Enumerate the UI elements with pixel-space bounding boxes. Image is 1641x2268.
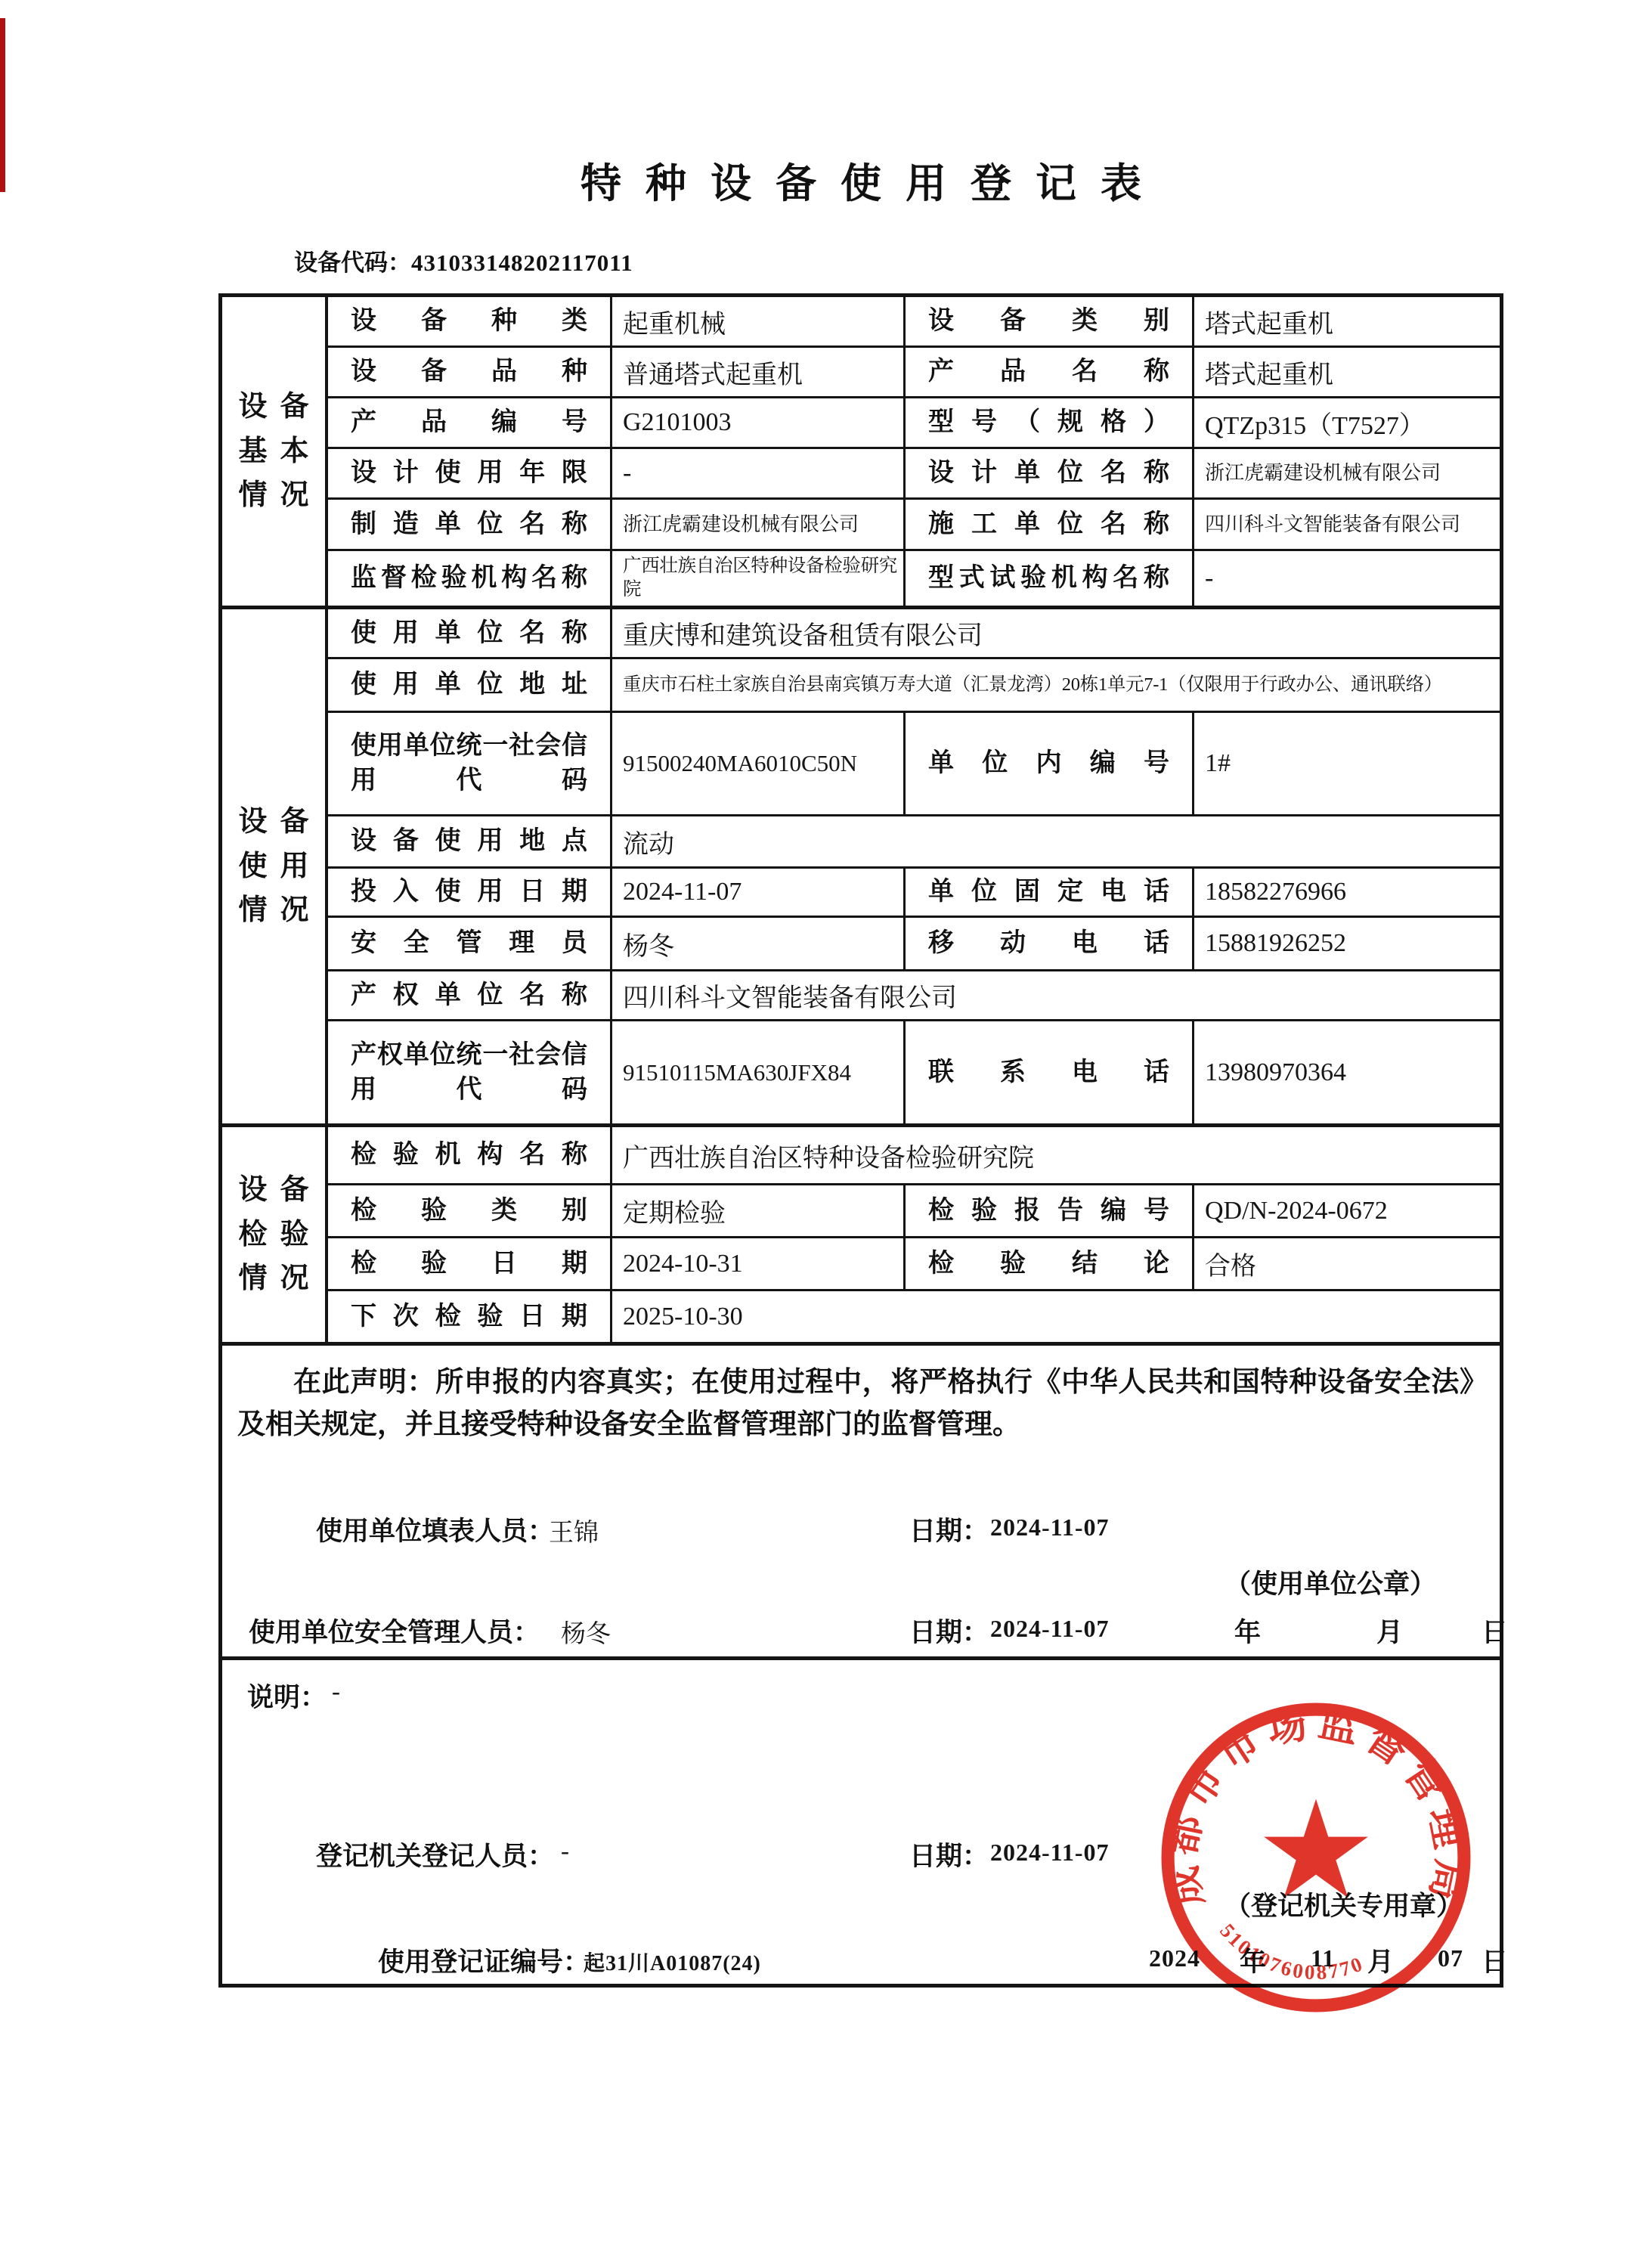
day-char: 日 bbox=[1482, 1941, 1508, 1979]
field-value: 1# bbox=[1194, 713, 1500, 814]
field-value: 91510115MA630JFX84 bbox=[612, 1021, 906, 1123]
field-value: 塔式起重机 bbox=[1194, 348, 1500, 396]
field-label: 产权单位名称 bbox=[328, 978, 610, 1013]
section-basic-info: 设备 基本 情况 设备种类 起重机械 设备类别 塔式起重机 设备品种 普通塔式起… bbox=[222, 297, 1500, 609]
table-row: 制造单位名称 浙江虎霸建设机械有限公司 施工单位名称 四川科斗文智能装备有限公司 bbox=[328, 500, 1500, 551]
official-red-stamp: 成都市市场监督管理局 5101076008770 bbox=[1156, 1698, 1475, 2017]
field-label: 产权单位统一社会信用代码 bbox=[328, 1038, 610, 1108]
field-label: 施工单位名称 bbox=[906, 507, 1192, 542]
month-char: 月 bbox=[1376, 1612, 1403, 1650]
section-basic-header: 设备 基本 情况 bbox=[222, 297, 328, 606]
registrar-name: - bbox=[561, 1838, 569, 1866]
field-label: 使用单位名称 bbox=[328, 616, 610, 651]
field-value: 重庆市石柱土家族自治县南宾镇万寿大道（汇景龙湾）20栋1单元7-1（仅限用于行政… bbox=[612, 659, 1500, 711]
table-row: 产权单位统一社会信用代码 91510115MA630JFX84 联系电话 139… bbox=[328, 1021, 1500, 1123]
table-row: 监督检验机构名称 广西壮族自治区特种设备检验研究院 型式试验机构名称 - bbox=[328, 551, 1500, 606]
field-label: 使用单位地址 bbox=[328, 668, 610, 702]
table-row: 检验日期 2024-10-31 检验结论 合格 bbox=[328, 1238, 1500, 1291]
field-value: 四川科斗文智能装备有限公司 bbox=[612, 971, 1500, 1019]
table-row: 检验机构名称 广西壮族自治区特种设备检验研究院 bbox=[328, 1127, 1500, 1185]
field-value: 15881926252 bbox=[1194, 918, 1500, 969]
field-value: 四川科斗文智能装备有限公司 bbox=[1194, 500, 1500, 549]
field-value: - bbox=[612, 449, 906, 497]
safety-date-value: 2024-11-07 bbox=[990, 1615, 1110, 1643]
filler-signature-line: 使用单位填表人员： 王锦 日期： 2024-11-07 bbox=[222, 1510, 1500, 1545]
table-row: 使用单位名称 重庆博和建筑设备租赁有限公司 bbox=[328, 609, 1500, 659]
field-label: 使用单位统一社会信用代码 bbox=[328, 729, 610, 798]
field-label: 设备使用地点 bbox=[328, 824, 610, 859]
field-label: 投入使用日期 bbox=[328, 875, 610, 909]
table-row: 投入使用日期 2024-11-07 单位固定电话 18582276966 bbox=[328, 869, 1500, 918]
field-value: QTZp315（T7527） bbox=[1194, 398, 1500, 447]
field-label: 单位固定电话 bbox=[906, 875, 1192, 909]
field-label: 检验报告编号 bbox=[906, 1194, 1192, 1228]
field-label: 安全管理员 bbox=[328, 926, 610, 961]
field-value: 塔式起重机 bbox=[1194, 297, 1500, 345]
table-row: 设备使用地点 流动 bbox=[328, 816, 1500, 869]
company-seal-note: （使用单位公章） bbox=[1225, 1563, 1436, 1601]
filler-name: 王锦 bbox=[549, 1513, 599, 1548]
field-value: 浙江虎霸建设机械有限公司 bbox=[1194, 449, 1500, 497]
registration-form-page: 特种设备使用登记表 设备代码：431033148202117011 设备 基本 … bbox=[0, 0, 1641, 2268]
field-label: 设计单位名称 bbox=[906, 456, 1192, 491]
field-value: 重庆博和建筑设备租赁有限公司 bbox=[612, 609, 1500, 657]
safety-signature-line: 使用单位安全管理人员： 杨冬 日期： 2024-11-07 年 月 日 bbox=[222, 1612, 1500, 1647]
field-label: 移动电话 bbox=[906, 926, 1192, 961]
safety-date-label: 日期： bbox=[909, 1612, 989, 1650]
note-value: - bbox=[332, 1678, 340, 1706]
field-value: QD/N-2024-0672 bbox=[1194, 1185, 1500, 1236]
field-value: 2024-11-07 bbox=[612, 869, 906, 916]
declaration-block: 在此声明：所申报的内容真实；在使用过程中，将严格执行《中华人民共和国特种设备安全… bbox=[222, 1346, 1500, 1660]
registrar-date-label: 日期： bbox=[909, 1836, 989, 1873]
field-value: 广西壮族自治区特种设备检验研究院 bbox=[612, 1127, 1500, 1183]
table-row: 下次检验日期 2025-10-30 bbox=[328, 1291, 1500, 1342]
filler-date-label: 日期： bbox=[909, 1510, 989, 1548]
field-value: - bbox=[1194, 551, 1500, 606]
field-value: 广西壮族自治区特种设备检验研究院 bbox=[612, 551, 906, 606]
field-value: 浙江虎霸建设机械有限公司 bbox=[612, 500, 906, 549]
table-row: 安全管理员 杨冬 移动电话 15881926252 bbox=[328, 918, 1500, 971]
certificate-number: 起31川A01087(24) bbox=[584, 1947, 761, 1977]
stamp-code: 5101076008770 bbox=[1215, 1919, 1367, 1984]
registrar-date-value: 2024-11-07 bbox=[990, 1839, 1110, 1867]
safety-name: 杨冬 bbox=[561, 1614, 611, 1650]
device-code-line: 设备代码：431033148202117011 bbox=[294, 243, 633, 277]
filler-label: 使用单位填表人员： bbox=[316, 1510, 554, 1548]
device-code-value: 431033148202117011 bbox=[411, 249, 633, 276]
field-value: 18582276966 bbox=[1194, 869, 1500, 916]
field-label: 设备品种 bbox=[328, 355, 610, 389]
page-title: 特种设备使用登记表 bbox=[218, 151, 1503, 209]
certificate-label: 使用登记证编号： bbox=[378, 1941, 590, 1979]
svg-text:5101076008770: 5101076008770 bbox=[1215, 1919, 1367, 1984]
section-usage-header: 设备 使用 情况 bbox=[222, 609, 328, 1123]
table-row: 使用单位地址 重庆市石柱土家族自治县南宾镇万寿大道（汇景龙湾）20栋1单元7-1… bbox=[328, 659, 1500, 713]
table-row: 使用单位统一社会信用代码 91500240MA6010C50N 单位内编号 1# bbox=[328, 713, 1500, 816]
field-label: 设计使用年限 bbox=[328, 456, 610, 491]
field-value: G2101003 bbox=[612, 398, 906, 447]
field-label: 型号（规格） bbox=[906, 405, 1192, 440]
field-label: 单位内编号 bbox=[906, 746, 1192, 781]
field-label: 产品编号 bbox=[328, 405, 610, 440]
field-value: 起重机械 bbox=[612, 297, 906, 345]
field-label: 监督检验机构名称 bbox=[328, 561, 610, 596]
table-row: 设备种类 起重机械 设备类别 塔式起重机 bbox=[328, 297, 1500, 348]
field-value: 普通塔式起重机 bbox=[612, 348, 906, 396]
company-seal-note-line: （使用单位公章） bbox=[222, 1563, 1500, 1598]
field-label: 检验日期 bbox=[328, 1247, 610, 1281]
section-inspection-info: 设备 检验 情况 检验机构名称 广西壮族自治区特种设备检验研究院 检验类别 定期… bbox=[222, 1127, 1500, 1346]
field-value: 91500240MA6010C50N bbox=[612, 713, 906, 814]
field-value: 2024-10-31 bbox=[612, 1238, 906, 1289]
field-label: 检验机构名称 bbox=[328, 1138, 610, 1173]
table-row: 产品编号 G2101003 型号（规格） QTZp315（T7527） bbox=[328, 398, 1500, 449]
field-value: 合格 bbox=[1194, 1238, 1500, 1289]
registrar-label: 登记机关登记人员： bbox=[316, 1836, 554, 1873]
field-label: 检验结论 bbox=[906, 1247, 1192, 1281]
field-value: 13980970364 bbox=[1194, 1021, 1500, 1123]
table-row: 检验类别 定期检验 检验报告编号 QD/N-2024-0672 bbox=[328, 1185, 1500, 1238]
field-label: 联系电话 bbox=[906, 1055, 1192, 1090]
note-label: 说明： bbox=[247, 1677, 327, 1715]
field-value: 2025-10-30 bbox=[612, 1291, 1500, 1342]
field-label: 型式试验机构名称 bbox=[906, 561, 1192, 596]
section-inspection-header: 设备 检验 情况 bbox=[222, 1127, 328, 1342]
stamp-star-icon bbox=[1264, 1799, 1368, 1898]
field-label: 设备类别 bbox=[906, 304, 1192, 339]
field-value: 杨冬 bbox=[612, 918, 906, 969]
filler-date-value: 2024-11-07 bbox=[990, 1514, 1110, 1541]
declaration-text: 在此声明：所申报的内容真实；在使用过程中，将严格执行《中华人民共和国特种设备安全… bbox=[237, 1361, 1488, 1445]
field-label: 产品名称 bbox=[906, 355, 1192, 389]
field-value: 定期检验 bbox=[612, 1185, 906, 1236]
year-char: 年 bbox=[1234, 1612, 1261, 1650]
table-row: 设计使用年限 - 设计单位名称 浙江虎霸建设机械有限公司 bbox=[328, 449, 1500, 500]
field-value: 流动 bbox=[612, 816, 1500, 866]
table-row: 设备品种 普通塔式起重机 产品名称 塔式起重机 bbox=[328, 348, 1500, 398]
day-char: 日 bbox=[1482, 1612, 1508, 1650]
field-label: 下次检验日期 bbox=[328, 1300, 610, 1334]
device-code-label: 设备代码： bbox=[294, 249, 411, 276]
section-usage-info: 设备 使用 情况 使用单位名称 重庆博和建筑设备租赁有限公司 使用单位地址 重庆… bbox=[222, 609, 1500, 1127]
scan-edge-red-strip bbox=[0, 18, 5, 192]
field-label: 制造单位名称 bbox=[328, 507, 610, 542]
field-label: 检验类别 bbox=[328, 1194, 610, 1228]
safety-label: 使用单位安全管理人员： bbox=[249, 1612, 540, 1650]
field-label: 设备种类 bbox=[328, 304, 610, 339]
table-row: 产权单位名称 四川科斗文智能装备有限公司 bbox=[328, 971, 1500, 1021]
